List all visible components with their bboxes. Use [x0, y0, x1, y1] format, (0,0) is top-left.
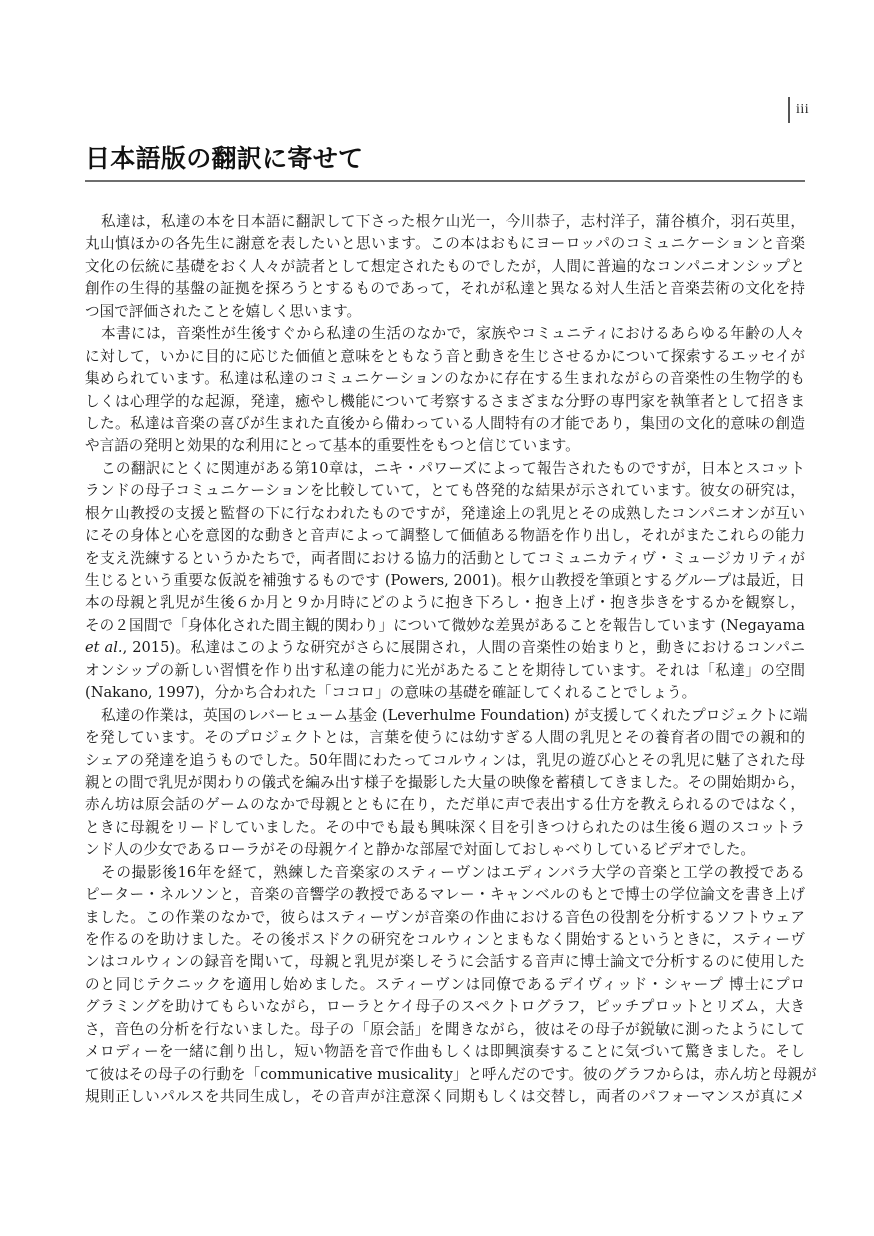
page-number: iii — [796, 102, 809, 118]
text-line: を作るのを助けました。その後ポスドクの研究をコルウィンとまもなく開始するというと… — [85, 929, 805, 951]
text-line: した。私達は音楽の喜びが生まれた直後から備わっている人間特有の才能であり，集団の… — [85, 413, 805, 435]
text-line: ランドの母子コミュニケーションを比較していて，とても啓発的な結果が示されています… — [85, 480, 805, 502]
text-line: その撮影後16年を経て，熟練した音楽家のスティーヴンはエディンバラ大学の音楽と工… — [85, 862, 805, 884]
text-line: メロディーを一緒に創り出し，短い物語を音で作曲もしくは即興演奏することに気づいて… — [85, 1041, 805, 1063]
text-line: 集められています。私達は私達のコミュニケーションのなかに存在する生まれながらの音… — [85, 368, 805, 390]
paragraph: 本書には，音楽性が生後すぐから私達の生活のなかで，家族やコミュニティにおけるあら… — [85, 323, 805, 458]
text-line: et al., 2015)。私達はこのような研究がさらに展開され，人間の音楽性の… — [85, 637, 805, 659]
paragraph: 私達は，私達の本を日本語に翻訳して下さった根ケ山光一，今川恭子，志村洋子，蒲谷槙… — [85, 211, 805, 323]
text-line: 根ケ山教授の支援と監督の下に行なわれたものですが，発達途上の乳児とその成熟したコ… — [85, 503, 805, 525]
title-rule — [85, 180, 805, 182]
text-line: シェアの発達を追うものでした。50年間にわたってコルウィンは，乳児の遊び心とその… — [85, 750, 805, 772]
paragraph: その撮影後16年を経て，熟練した音楽家のスティーヴンはエディンバラ大学の音楽と工… — [85, 862, 805, 1109]
text-line: 丸山慎ほかの各先生に謝意を表したいと思います。この本はおもにヨーロッパのコミュニ… — [85, 233, 805, 255]
text-line: 親との間で乳児が関わりの儀式を編み出す様子を撮影した大量の映像を蓄積してきました… — [85, 772, 805, 794]
text-line: この翻訳にとくに関連がある第10章は，ニキ・パワーズによって報告されたものですが… — [85, 458, 805, 480]
text-line: さ，音色の分析を行ないました。母子の「原会話」を聞きながら，彼はその母子が鋭敏に… — [85, 1019, 805, 1041]
body-text: 私達は，私達の本を日本語に翻訳して下さった根ケ山光一，今川恭子，志村洋子，蒲谷槙… — [85, 211, 805, 1109]
text-line: オンシップの新しい習慣を作り出す私達の能力に光があたることを期待しています。それ… — [85, 660, 805, 682]
text-line: 私達は，私達の本を日本語に翻訳して下さった根ケ山光一，今川恭子，志村洋子，蒲谷槙… — [85, 211, 805, 233]
text-line: その２国間で「身体化された間主観的関わり」について微妙な差異があることを報告して… — [85, 615, 805, 637]
text-line: のと同じテクニックを適用し始めました。スティーヴンは同僚であるデイヴィッド・シャ… — [85, 974, 805, 996]
text-line: ンはコルウィンの録音を聞いて，母親と乳児が楽しそうに会話する音声に博士論文で分析… — [85, 951, 805, 973]
text-line: 本書には，音楽性が生後すぐから私達の生活のなかで，家族やコミュニティにおけるあら… — [85, 323, 805, 345]
text-line: て彼はその母子の行動を「communicative musicality」と呼ん… — [85, 1064, 805, 1086]
text-line: ンド人の少女であるローラがその母親ケイと静かな部屋で対面しておしゃべりしているビ… — [85, 839, 805, 861]
text-line: 規則正しいパルスを共同生成し，その音声が注意深く同期もしくは交替し，両者のパフォ… — [85, 1086, 805, 1108]
paragraph: この翻訳にとくに関連がある第10章は，ニキ・パワーズによって報告されたものですが… — [85, 458, 805, 705]
text-line: しくは心理学的な起源，発達，癒やし機能について考察するさまざまな分野の専門家を執… — [85, 391, 805, 413]
text-line: に対して，いかに目的に応じた価値と意味をともなう音と動きを生じさせるかについて探… — [85, 346, 805, 368]
text-line: ました。この作業のなかで，彼らはスティーヴンが音楽の作曲における音色の役割を分析… — [85, 907, 805, 929]
text-line: 創作の生得的基盤の証拠を探ろうとするものであって，それが私達と異なる対人生活と音… — [85, 278, 805, 300]
text-line: ピーター・ネルソンと，音楽の音響学の教授であるマレー・キャンベルのもとで博士の学… — [85, 884, 805, 906]
text-line: にその身体と心を意図的な動きと音声によって調整して価値ある物語を作り出し，それが… — [85, 525, 805, 547]
italic-citation: et al. — [85, 639, 123, 656]
text-line: 私達の作業は，英国のレバーヒューム基金 (Leverhulme Foundati… — [85, 705, 805, 727]
text-line: つ国で評価されたことを嬉しく思います。 — [85, 301, 805, 323]
chapter-title: 日本語版の翻訳に寄せて — [85, 143, 363, 175]
text-line: 文化の伝統に基礎をおく人々が読者として想定されたものでしたが，人間に普遍的なコン… — [85, 256, 805, 278]
text-line: 生じるという重要な仮説を補強するものです (Powers, 2001)。根ケ山教… — [85, 570, 805, 592]
text-line: を支え洗練するというかたちで，両者間における協力的活動としてコミュニカティヴ・ミ… — [85, 548, 805, 570]
text-line: グラミングを助けてもらいながら，ローラとケイ母子のスペクトログラフ，ピッチプロッ… — [85, 996, 805, 1018]
text-line: を発しています。そのプロジェクトとは，言葉を使うには幼すぎる人間の乳児とその養育… — [85, 727, 805, 749]
running-header: iii — [788, 97, 809, 123]
text-line: ときに母親をリードしていました。その中でも最も興味深く目を引きつけられたのは生後… — [85, 817, 805, 839]
paragraph: 私達の作業は，英国のレバーヒューム基金 (Leverhulme Foundati… — [85, 705, 805, 862]
text-line: や言語の発明と効果的な利用にとって基本的重要性をもつと信じています。 — [85, 435, 805, 457]
text-line: 本の母親と乳児が生後６か月と９か月時にどのように抱き下ろし・抱き上げ・抱き歩きを… — [85, 592, 805, 614]
text-line: 赤ん坊は原会話のゲームのなかで母親とともに在り，ただ単に声で表出する仕方を教えら… — [85, 794, 805, 816]
text-line: (Nakano, 1997)，分かち合われた「ココロ」の意味の基礎を確証してくれ… — [85, 682, 805, 704]
